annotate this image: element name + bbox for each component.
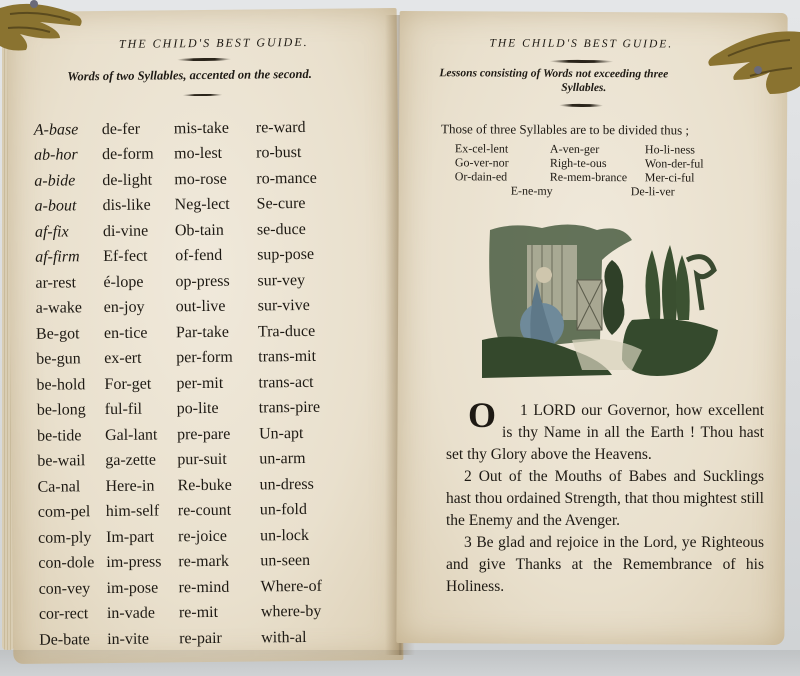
three-syllable-grid: Ex-cel-lentA-ven-gerHo-li-nessGo-ver-nor… — [455, 141, 751, 199]
word-entry: Neg-lect — [175, 196, 257, 215]
word-row: be-gunex-ertper-formtrans-mit — [36, 344, 376, 373]
word-entry: de-form — [102, 146, 174, 165]
word-entry: de-fer — [102, 120, 174, 139]
ornamental-rule — [177, 58, 231, 62]
word-entry: De-bate — [39, 631, 107, 650]
word-entry: pur-suit — [177, 451, 259, 470]
word-entry: Where-of — [261, 577, 361, 596]
word-entry: in-vite — [107, 630, 179, 649]
word-entry: un-seen — [260, 552, 360, 571]
verse-number: 2 — [464, 468, 472, 485]
word-entry: un-dress — [259, 475, 359, 494]
word-entry: ex-ert — [104, 350, 176, 369]
three-syllable-row: Ex-cel-lentA-ven-gerHo-li-ness — [455, 141, 751, 157]
word-entry: Be-got — [36, 325, 104, 344]
word-entry: per-mit — [176, 374, 258, 393]
word-row: cor-rectin-vadere-mitwhere-by — [39, 599, 379, 628]
word-entry: sur-vey — [257, 271, 357, 290]
word-entry: Re-buke — [177, 476, 259, 495]
three-syllable-word: E-ne-my — [511, 184, 631, 199]
word-entry: un-arm — [259, 450, 359, 469]
word-entry: out-live — [176, 298, 258, 317]
brass-page-holder-left-icon — [0, 0, 90, 60]
word-entry: re-ward — [256, 118, 356, 137]
word-entry: ro-mance — [256, 169, 356, 188]
right-subheading-line2: Syllables. — [561, 82, 606, 94]
verse-number: 1 — [520, 402, 528, 419]
word-entry: be-gun — [36, 350, 104, 369]
two-syllable-word-grid: A-basede-fermis-takere-wardab-horde-form… — [34, 114, 380, 653]
word-entry: re-mind — [179, 578, 261, 597]
word-row: af-firmEf-fectof-fendsup-pose — [35, 242, 375, 271]
word-row: be-holdFor-getper-mittrans-act — [36, 369, 376, 398]
brass-page-holder-right-icon — [700, 28, 800, 100]
word-entry: him-self — [106, 503, 178, 522]
word-entry: com-ply — [38, 529, 106, 548]
word-entry: mo-rose — [174, 170, 256, 189]
word-row: be-longful-filpo-litetrans-pire — [37, 395, 377, 424]
word-entry: po-lite — [177, 400, 259, 419]
word-row: A-basede-fermis-takere-ward — [34, 114, 374, 143]
word-entry: pre-pare — [177, 425, 259, 444]
word-entry: in-vade — [107, 605, 179, 624]
word-row: be-tideGal-lantpre-pareUn-apt — [37, 420, 377, 449]
word-entry: trans-act — [258, 373, 358, 392]
word-entry: ar-rest — [35, 274, 103, 293]
three-syllable-word: Re-mem-brance — [550, 170, 645, 184]
word-entry: mo-lest — [174, 145, 256, 164]
word-entry: Tra-duce — [258, 322, 358, 341]
word-entry: re-mit — [179, 604, 261, 623]
psalm-text: 1 OLORD our Governor, how excellent is t… — [446, 400, 764, 598]
word-entry: trans-pire — [259, 399, 359, 418]
word-entry: sup-pose — [257, 246, 357, 265]
left-subheading: Words of two Syllables, accented on the … — [67, 67, 312, 85]
right-running-head: THE CHILD'S BEST GUIDE. — [489, 37, 673, 50]
word-entry: be-wail — [37, 452, 105, 471]
word-entry: Par-take — [176, 323, 258, 342]
word-row: con-doleim-pressre-markun-seen — [38, 548, 378, 577]
word-entry: con-vey — [39, 580, 107, 599]
woodcut-illustration — [482, 220, 718, 380]
word-entry: Ca-nal — [37, 478, 105, 497]
word-entry: Se-cure — [257, 195, 357, 214]
word-entry: af-firm — [35, 248, 103, 267]
word-entry: re-count — [178, 502, 260, 521]
word-row: con-veyim-posere-mindWhere-of — [39, 573, 379, 602]
word-entry: For-get — [104, 375, 176, 394]
word-entry: ab-hor — [34, 146, 102, 165]
verse-number: 3 — [464, 534, 472, 551]
word-entry: a-bout — [35, 197, 103, 216]
word-row: Be-goten-ticePar-takeTra-duce — [36, 318, 376, 347]
word-entry: se-duce — [257, 220, 357, 239]
word-entry: where-by — [261, 603, 361, 622]
psalm-verse: 2 Out of the Mouths of Babes and Sucklin… — [446, 466, 764, 532]
three-syllable-word: Ex-cel-lent — [455, 141, 550, 155]
word-entry: Gal-lant — [105, 426, 177, 445]
word-entry: en-joy — [104, 299, 176, 318]
word-entry: de-light — [102, 171, 174, 190]
verse-text: Be glad and rejoice in the Lord, ye Righ… — [446, 534, 764, 595]
word-entry: con-dole — [38, 554, 106, 573]
word-entry: di-vine — [103, 222, 175, 241]
word-entry: ro-bust — [256, 144, 356, 163]
three-syllable-word: Go-ver-nor — [455, 155, 550, 169]
word-entry: a-bide — [34, 172, 102, 191]
three-syllable-word: Or-dain-ed — [455, 169, 550, 183]
verse-text: Out of the Mouths of Babes and Sucklings… — [446, 468, 764, 529]
word-entry: Ob-tain — [175, 221, 257, 240]
three-syllable-word: De-li-ver — [631, 184, 751, 199]
word-entry: ful-fil — [105, 401, 177, 420]
word-entry: re-pair — [179, 629, 261, 648]
ornamental-rule — [549, 60, 613, 63]
word-entry: sur-vive — [258, 297, 358, 316]
word-row: a-bidede-lightmo-rosero-mance — [34, 165, 374, 194]
left-page: THE CHILD'S BEST GUIDE. Words of two Syl… — [7, 8, 404, 664]
word-row: a-boutdis-likeNeg-lectSe-cure — [35, 191, 375, 220]
three-syllable-word: Ho-li-ness — [645, 142, 745, 157]
psalm-verse: 3 Be glad and rejoice in the Lord, ye Ri… — [446, 532, 764, 598]
word-row: ab-horde-formmo-lestro-bust — [34, 140, 374, 169]
ornamental-rule — [182, 94, 222, 96]
three-syllable-word: Won-der-ful — [645, 156, 745, 171]
word-entry: com-pel — [38, 503, 106, 522]
word-row: ar-resté-lopeop-presssur-vey — [35, 267, 375, 296]
word-entry: im-press — [106, 554, 178, 573]
word-entry: un-lock — [260, 526, 360, 545]
three-syllable-word: Mer-ci-ful — [645, 170, 745, 185]
word-entry: Ef-fect — [103, 248, 175, 267]
word-entry: en-tice — [104, 324, 176, 343]
word-entry: é-lope — [103, 273, 175, 292]
word-entry: Here-in — [105, 477, 177, 496]
word-entry: af-fix — [35, 223, 103, 242]
word-entry: of-fend — [175, 247, 257, 266]
three-syllable-row: E-ne-myDe-li-ver — [455, 183, 751, 199]
word-entry: re-joice — [178, 527, 260, 546]
three-syllable-row: Or-dain-edRe-mem-branceMer-ci-ful — [455, 169, 751, 185]
psalm-verse: 1 OLORD our Governor, how excellent is t… — [446, 400, 764, 466]
word-row: com-pelhim-selfre-countun-fold — [38, 497, 378, 526]
word-entry: un-fold — [260, 501, 360, 520]
open-book: THE CHILD'S BEST GUIDE. Words of two Syl… — [0, 0, 800, 676]
right-subheading-line1: Lessons consisting of Words not exceedin… — [439, 67, 668, 80]
table-surface — [0, 650, 800, 676]
word-entry: per-form — [176, 349, 258, 368]
three-syllable-row: Go-ver-norRigh-te-ousWon-der-ful — [455, 155, 751, 171]
word-row: af-fixdi-vineOb-tainse-duce — [35, 216, 375, 245]
word-entry: trans-mit — [258, 348, 358, 367]
word-entry: be-long — [37, 401, 105, 420]
word-entry: be-hold — [36, 376, 104, 395]
word-row: Ca-nalHere-inRe-bukeun-dress — [37, 471, 377, 500]
three-syllable-word: Righ-te-ous — [550, 156, 645, 170]
word-row: be-wailga-zettepur-suitun-arm — [37, 446, 377, 475]
word-entry: Un-apt — [259, 424, 359, 443]
word-entry: with-al — [261, 628, 361, 647]
word-row: a-wakeen-joyout-livesur-vive — [36, 293, 376, 322]
word-entry: ga-zette — [105, 452, 177, 471]
word-entry: mis-take — [174, 119, 256, 138]
word-row: com-plyIm-partre-joiceun-lock — [38, 522, 378, 551]
word-entry: op-press — [175, 272, 257, 291]
word-entry: im-pose — [107, 579, 179, 598]
word-entry: re-mark — [178, 553, 260, 572]
word-entry: cor-rect — [39, 605, 107, 624]
three-syllable-word: A-ven-ger — [550, 142, 645, 156]
word-entry: be-tide — [37, 427, 105, 446]
word-row: De-batein-vitere-pairwith-al — [39, 624, 379, 653]
ornamental-rule — [559, 104, 603, 107]
left-running-head: THE CHILD'S BEST GUIDE. — [119, 35, 309, 52]
word-entry: Im-part — [106, 528, 178, 547]
drop-cap: O — [450, 400, 496, 430]
word-entry: A-base — [34, 121, 102, 140]
word-entry: dis-like — [103, 197, 175, 216]
three-syllable-intro: Those of three Syllables are to be divid… — [441, 121, 689, 138]
word-entry: a-wake — [36, 299, 104, 318]
